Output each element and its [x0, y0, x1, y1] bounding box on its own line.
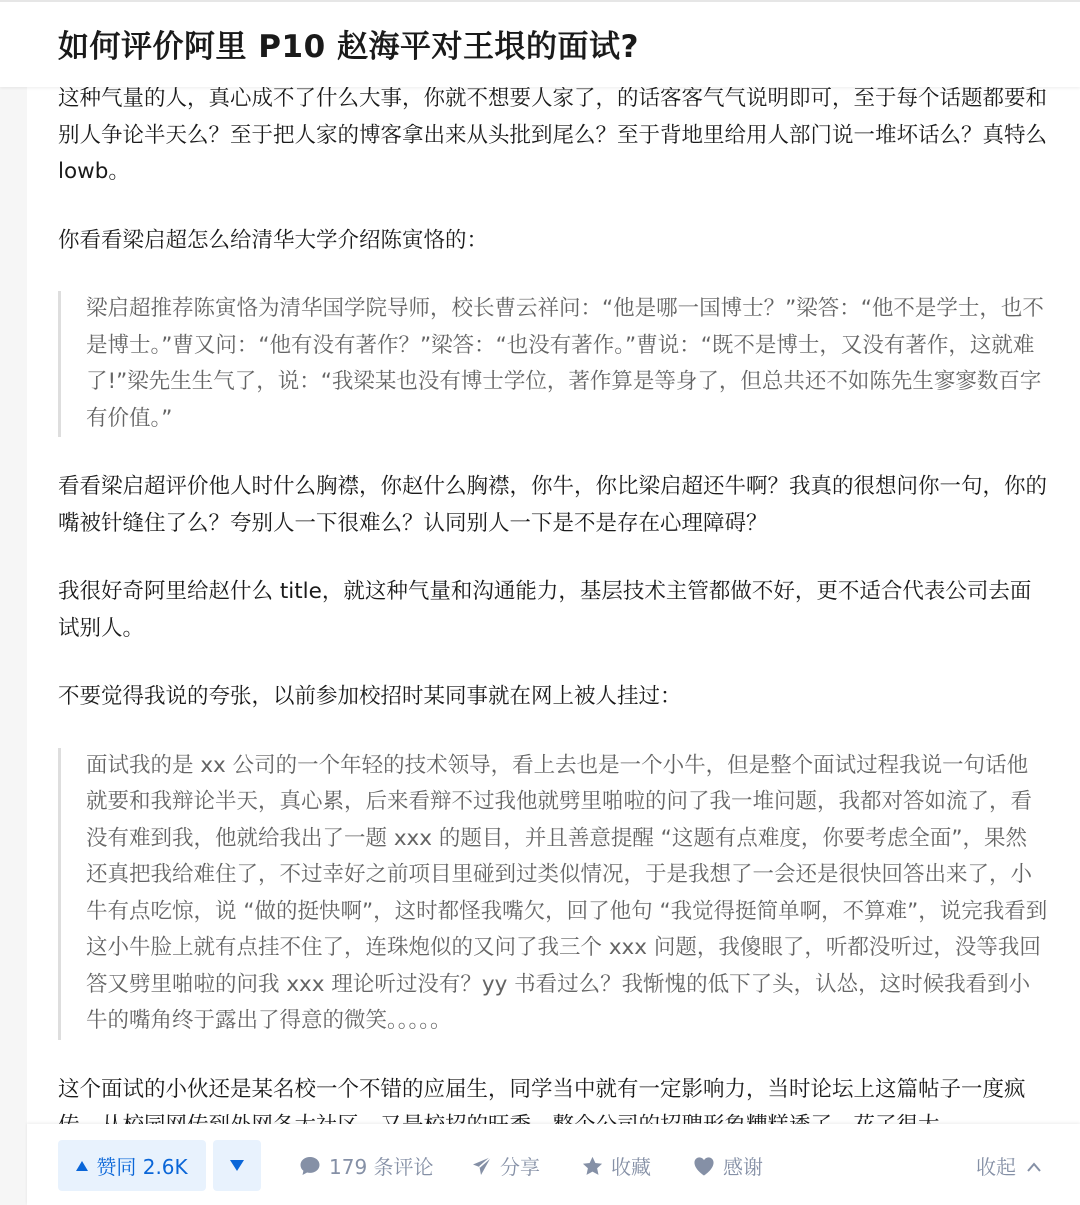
paper-plane-icon	[472, 1156, 492, 1176]
star-icon	[582, 1156, 603, 1176]
question-title[interactable]: 如何评价阿里 P10 赵海平对王垠的面试?	[58, 26, 639, 68]
answer-paragraph: 看看梁启超评价他人时什么胸襟，你赵什么胸襟，你牛，你比梁启超还牛啊？我真的很想问…	[58, 469, 1048, 542]
triangle-up-icon	[76, 1161, 88, 1171]
answer-content: 这种气量的人，真心成不了什么大事，你就不想要人家了，的话客客气气说明即可，至于每…	[58, 81, 1048, 1177]
downvote-button[interactable]	[213, 1140, 261, 1191]
favorite-button[interactable]: 收藏	[582, 1140, 651, 1191]
upvote-button[interactable]: 赞同 2.6K	[58, 1140, 206, 1191]
comments-button[interactable]: 179 条评论	[299, 1140, 434, 1191]
heart-icon	[693, 1156, 715, 1176]
left-gutter	[0, 0, 27, 1205]
collapse-label: 收起	[976, 1151, 1016, 1180]
answer-quote: 梁启超推荐陈寅恪为清华国学院导师，校长曹云祥问：“他是哪一国博士？”梁答：“他不…	[58, 291, 1048, 437]
question-header: 如何评价阿里 P10 赵海平对王垠的面试?	[0, 0, 1080, 87]
collapse-button[interactable]: 收起	[976, 1140, 1042, 1191]
answer-quote: 面试我的是 xx 公司的一个年轻的技术领导，看上去也是一个小牛，但是整个面试过程…	[58, 748, 1048, 1040]
answer-action-bar: 赞同 2.6K 179 条评论 分享 收藏 感	[27, 1124, 1080, 1205]
page: 如何评价阿里 P10 赵海平对王垠的面试? 这种气量的人，真心成不了什么大事，你…	[0, 0, 1080, 1205]
triangle-down-icon	[230, 1160, 244, 1171]
answer-paragraph: 这种气量的人，真心成不了什么大事，你就不想要人家了，的话客客气气说明即可，至于每…	[58, 81, 1048, 191]
share-button[interactable]: 分享	[472, 1140, 540, 1191]
upvote-label: 赞同 2.6K	[96, 1151, 187, 1180]
answer-paragraph: 你看看梁启超怎么给清华大学介绍陈寅恪的：	[58, 223, 1048, 260]
answer-paragraph: 不要觉得我说的夸张，以前参加校招时某同事就在网上被人挂过：	[58, 679, 1048, 716]
answer-paragraph: 我很好奇阿里给赵什么 title，就这种气量和沟通能力，基层技术主管都做不好，更…	[58, 574, 1048, 647]
favorite-label: 收藏	[611, 1151, 651, 1180]
comment-bubble-icon	[299, 1156, 321, 1176]
chevron-up-icon	[1026, 1154, 1042, 1178]
comments-label: 179 条评论	[329, 1151, 434, 1180]
thanks-label: 感谢	[723, 1151, 763, 1180]
share-label: 分享	[500, 1151, 540, 1180]
thanks-button[interactable]: 感谢	[693, 1140, 763, 1191]
